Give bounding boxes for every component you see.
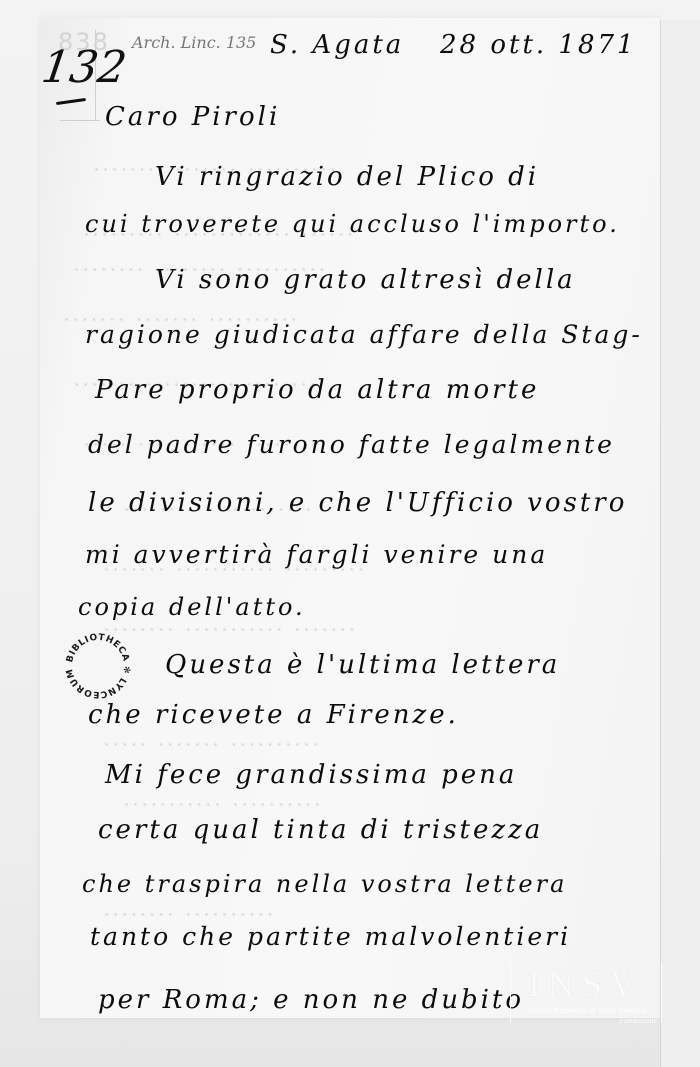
letter-line: ragione giudicata affare della Stag- [85,320,643,349]
letter-line: per Roma; e non ne dubito [98,985,524,1015]
watermark-logo-letters: INSV [511,963,661,1005]
margin-rule-horizontal [60,120,100,121]
letter-line: cui troverete qui accluso l'importo. [85,210,620,238]
archive-reference: Arch. Linc. 135 [132,33,256,52]
letter-date: 28 ott. 1871 [440,30,637,60]
letter-line: che traspira nella vostra lettera [82,870,567,898]
letter-line: Mi fece grandissima pena [105,760,517,790]
library-stamp: BIBLIOTHECA ✻ LYNCEORUM [62,630,134,702]
letter-line: certa qual tinta di tristezza [98,815,543,845]
bibliotheca-lynceorum-seal-icon: BIBLIOTHECA ✻ LYNCEORUM [62,630,134,702]
salutation: Caro Piroli [105,102,280,132]
watermark-institution: Istituto Nazionale di Studi Verdiani [513,1005,661,1015]
paper-edge-strip [660,20,700,1067]
letter-line: che ricevete a Firenze. [88,700,459,730]
bleed-through-text: ······· ··········· ········ [100,620,354,639]
letter-place: S. Agata [270,30,404,60]
insv-watermark: INSV Istituto Nazionale di Studi Verdian… [510,963,662,1023]
letter-line: Pare proprio da altra morte [95,375,539,405]
letter-line: le divisioni, e che l'Ufficio vostro [88,488,627,518]
letter-line: mi avvertirà fargli venire una [85,540,548,569]
letter-line: del padre furono fatte legalmente [88,430,615,459]
letter-line: Vi sono grato altresì della [155,265,576,295]
letter-line: tanto che partite malvolentieri [90,922,571,951]
watermark-subtitle: Fondazione [619,1016,657,1025]
folio-number: 132 [38,42,129,93]
letter-line: copia dell'atto. [78,593,306,621]
bleed-through-text: ·········· ··········· [120,795,320,814]
bleed-through-text: ·········· ······· ····· [100,735,318,754]
letter-line: Questa è l'ultima lettera [165,650,560,680]
svg-text:BIBLIOTHECA ✻ LYNCEORUM: BIBLIOTHECA ✻ LYNCEORUM [65,633,131,699]
letter-line: Vi ringrazio del Plico di [155,162,539,192]
